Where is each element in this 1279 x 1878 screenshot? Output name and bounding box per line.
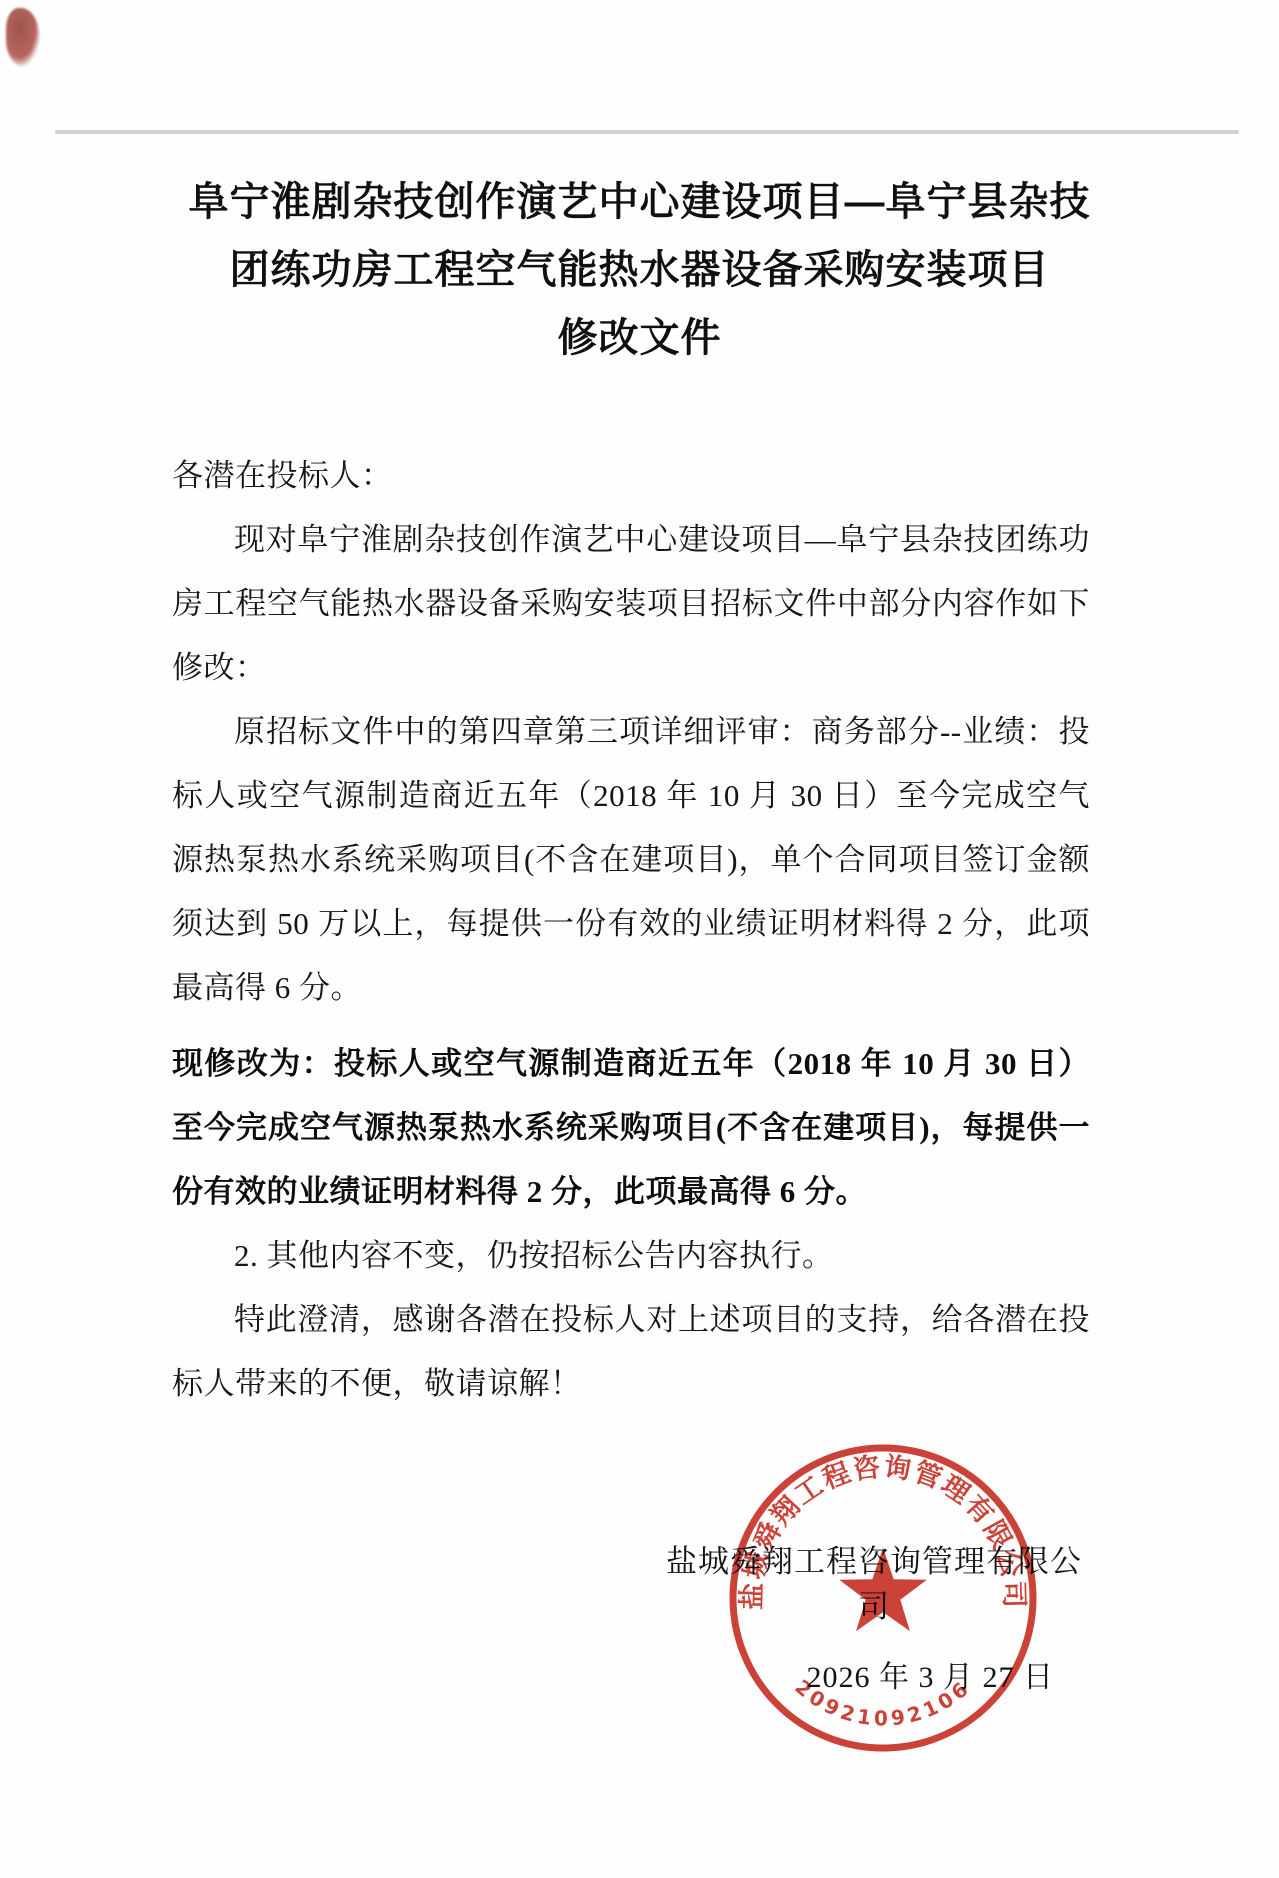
title-line-1: 阜宁淮剧杂技创作演艺中心建设项目—阜宁县杂技: [0, 168, 1279, 236]
document-title: 阜宁淮剧杂技创作演艺中心建设项目—阜宁县杂技 团练功房工程空气能热水器设备采购安…: [0, 168, 1279, 372]
paragraph-modification-intro: 现对阜宁淮剧杂技创作演艺中心建设项目—阜宁县杂技团练功房工程空气能热水器设备采购…: [172, 508, 1090, 700]
scan-artifact-line: [55, 130, 1239, 134]
document-page: 阜宁淮剧杂技创作演艺中心建设项目—阜宁县杂技 团练功房工程空气能热水器设备采购安…: [0, 0, 1279, 1878]
paragraph-original-clause: 原招标文件中的第四章第三项详细评审：商务部分--业绩：投标人或空气源制造商近五年…: [172, 700, 1090, 1020]
document-body: 各潜在投标人： 现对阜宁淮剧杂技创作演艺中心建设项目—阜宁县杂技团练功房工程空气…: [172, 444, 1090, 1416]
paragraph-revised-clause: 现修改为：投标人或空气源制造商近五年（2018 年 10 月 30 日）至今完成…: [172, 1032, 1090, 1224]
paragraph-closing: 特此澄清，感谢各潜在投标人对上述项目的支持，给各潜在投标人带来的不便，敬请谅解！: [172, 1288, 1090, 1416]
seal-star-icon: [839, 1548, 927, 1631]
scan-artifact-mark: [6, 8, 40, 66]
paragraph-other-terms: 2. 其他内容不变，仍按招标公告内容执行。: [172, 1224, 1090, 1288]
company-seal-stamp: 盐城舜翔工程咨询管理有限公司 3209210921060: [723, 1438, 1043, 1758]
title-line-3: 修改文件: [0, 304, 1279, 372]
title-line-2: 团练功房工程空气能热水器设备采购安装项目: [0, 236, 1279, 304]
salutation: 各潜在投标人：: [172, 444, 1090, 508]
